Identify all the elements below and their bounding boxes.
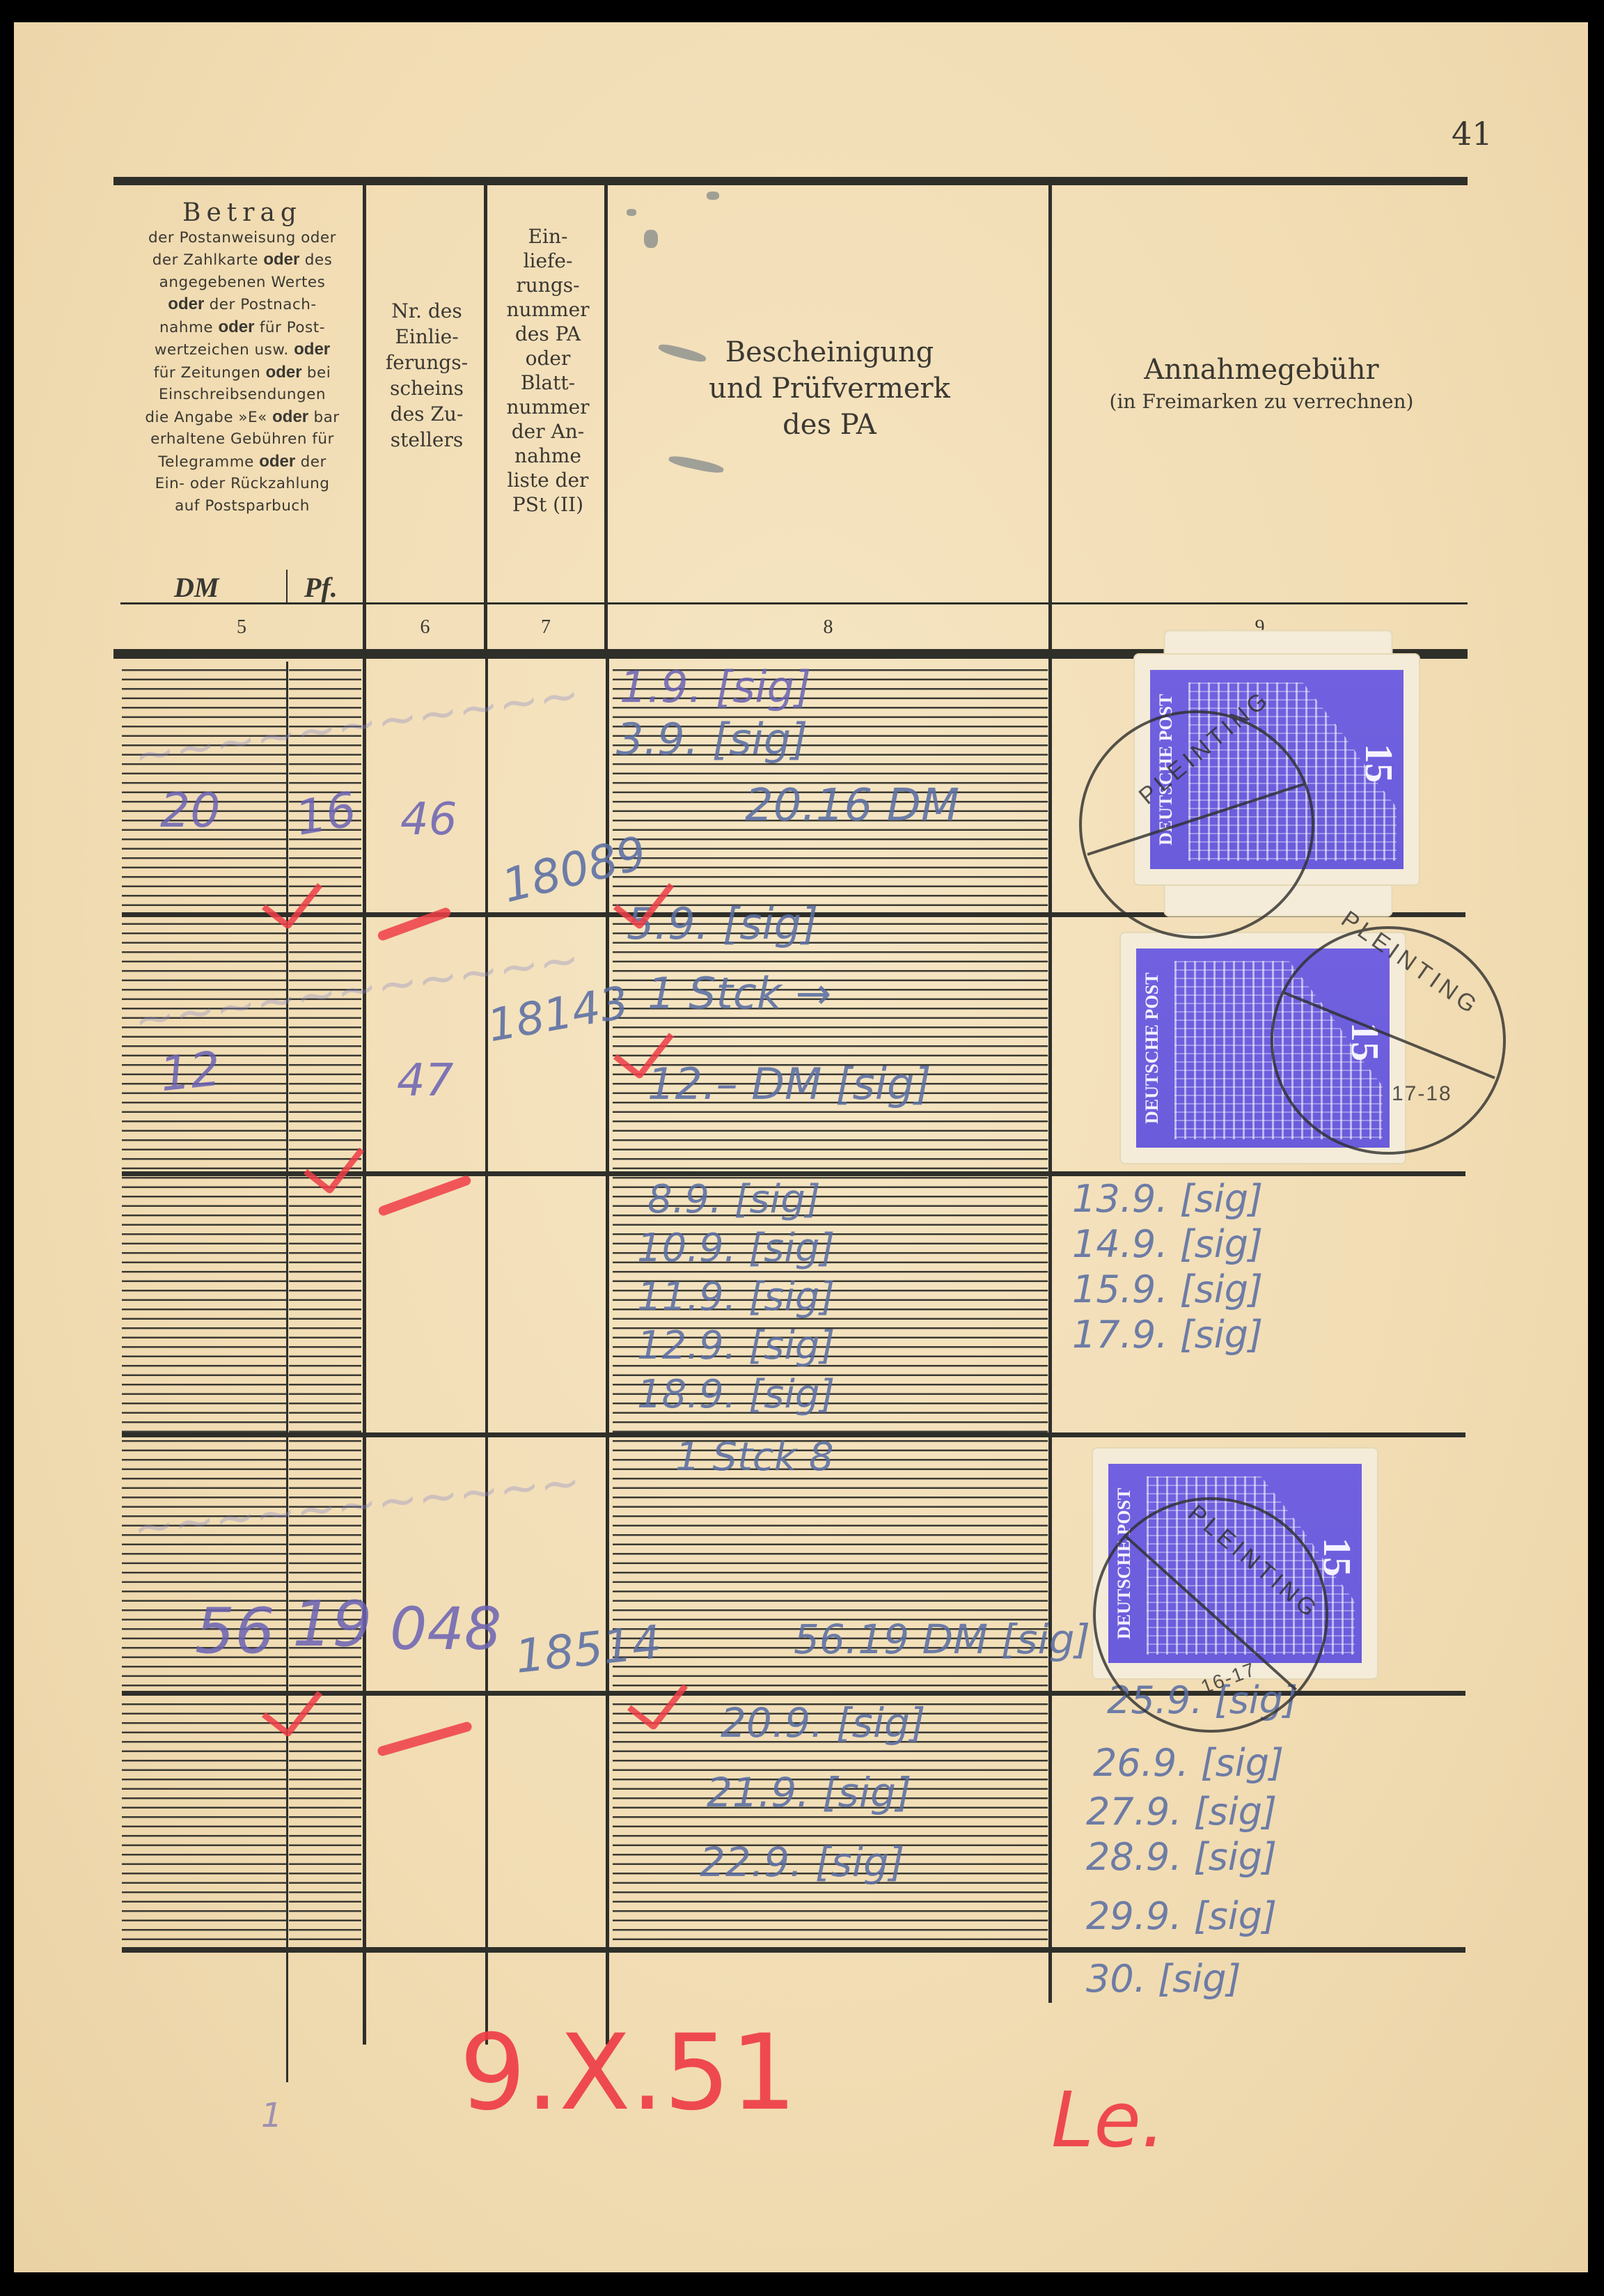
row1-col8-line3: 20.16 DM [745,780,959,831]
col9-note-3: 15.9. [sig] [1072,1267,1263,1311]
col5-description-line: der Zahlkarte oder des [120,249,364,272]
row1-dm: 20 [160,783,221,838]
col9-note-8: 28.9. [sig] [1086,1835,1277,1879]
column-number-7: 7 [487,616,604,639]
row3-col8-line2: 10.9. [sig] [637,1226,835,1271]
dm-subheader: DM [174,571,219,604]
row1-col6: 46 [400,794,457,845]
col5-description-line: der Postanweisung oder [120,227,364,249]
row1-col8-line1: 1.9. [sig] [620,662,811,712]
margin-mark: 1 [261,2096,283,2135]
col9-note-1: 13.9. [sig] [1072,1177,1263,1221]
col5-description-line: oder der Postnach- [120,293,364,316]
stamp-issuer: DEUTSCHE POST [1142,948,1165,1148]
column-number-6: 6 [366,616,484,639]
row3-col8-line1: 8.9. [sig] [647,1177,821,1222]
ink-smudge [627,209,636,216]
row4-col8-line2: 20.9. [sig] [721,1699,925,1747]
col5-description-line: erhaltene Gebühren für [120,428,364,451]
col9-note-10: 30. [sig] [1086,1957,1241,2001]
col9-note-2: 14.9. [sig] [1072,1222,1263,1266]
col5-description: der Postanweisung oderder Zahlkarte oder… [120,227,364,517]
footer-initials: Le. [1051,2075,1165,2164]
row-divider-5 [122,1947,1465,1953]
ink-smudge [707,192,719,200]
col5-description-line: angegebenen Wertes [120,272,364,294]
body-divider-8-9 [1048,659,1052,2003]
row4-dm: 56 [195,1595,275,1668]
row3-col8-line4: 12.9. [sig] [637,1323,835,1368]
col5-description-line: die Angabe »E« oder bar [120,406,364,429]
pf-subheader: Pf. [304,571,338,604]
row2-col8-line2: 1 Stck → [647,968,831,1019]
ink-smudge [644,230,658,248]
col9-title: Annahmegebühr [1053,354,1470,386]
top-rule [113,177,1468,185]
column-number-8: 8 [608,616,1048,639]
col5-description-line: Einschreibsendungen [120,384,364,406]
row1-pf: 16 [292,782,361,847]
col9-note-9: 29.9. [sig] [1086,1894,1277,1938]
col9-note-4: 17.9. [sig] [1072,1313,1263,1357]
page-number: 41 [1452,115,1493,153]
row4-col6: 048 [390,1595,501,1663]
postmark-cancel-3: PLEINTING 16-17 [1093,1497,1328,1733]
postmark-cancel-2: PLEINTING 17-18 [1271,926,1506,1155]
col6-header: Nr. des Einlie- ferungs- scheins des Zu-… [368,298,486,453]
row4-col8-line1: 56.19 DM [sig] [794,1616,1090,1663]
footer-date-note: 9.X.51 [459,2013,796,2134]
pf-ruled-column [289,662,361,1950]
stamp-value: 15 [1314,1538,1359,1577]
col9-subtitle: (in Freimarken zu verrechnen) [1053,390,1470,413]
col5-description-line: nahme oder für Post- [120,316,364,339]
row2-col6: 47 [397,1055,453,1107]
row3-col8-line3: 11.9. [sig] [637,1274,835,1320]
col5-description-line: auf Postsparbuch [120,495,364,517]
col5-description-line: für Zeitungen oder bei [120,361,364,384]
row1-col8-line2: 3.9. [sig] [616,714,808,765]
row4-pf: 19 [292,1588,372,1661]
col5-description-line: wertzeichen usw. oder [120,338,364,361]
col5-title: Betrag [120,202,364,224]
col5-header: Betrag der Postanweisung oderder Zahlkar… [120,202,364,517]
row4-col8-line3: 21.9. [sig] [707,1769,911,1816]
stamp-value: 15 [1356,744,1401,783]
dm-pf-divider [286,570,288,604]
row2-dm: 12 [157,1042,223,1103]
row2-col8-line3: 12.– DM [sig] [647,1059,931,1109]
row3-col8-line5: 18.9. [sig] [637,1372,835,1417]
col7-header: Ein- liefe- rungs- nummer des PA oder Bl… [489,224,606,517]
col9-header: Annahmegebühr (in Freimarken zu verrechn… [1053,354,1470,413]
col5-description-line: Telegramme oder der [120,451,364,474]
col5-description-line: Ein- oder Rückzahlung [120,473,364,495]
row3-col8-line6: 1 Stck 8 [675,1435,834,1480]
body-divider-5-6 [363,659,366,2045]
body-divider-6-7 [485,659,488,2045]
postmark-cancel-1: PLEINTING [1079,710,1314,939]
col9-note-6: 26.9. [sig] [1093,1741,1284,1785]
row4-col8-line4: 22.9. [sig] [700,1838,904,1886]
column-number-5: 5 [120,616,363,639]
dm-ruled-column [122,662,286,1950]
col9-note-7: 27.9. [sig] [1086,1790,1277,1834]
